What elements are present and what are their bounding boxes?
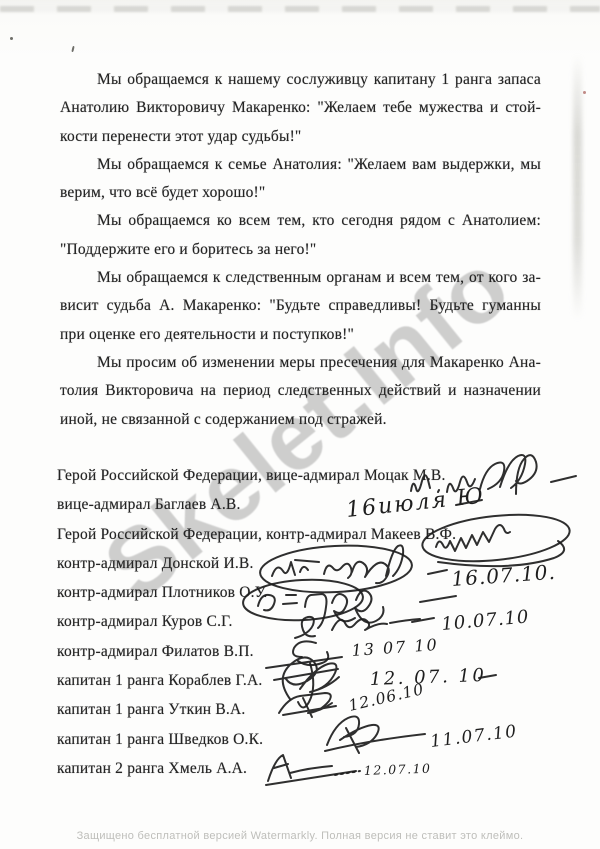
text-line: Мы просим об изменении меры пресечения д… bbox=[60, 349, 541, 377]
text-line: иной, не связанной с содержанием под стр… bbox=[60, 406, 541, 434]
signatory-kurov: контр-адмирал Куров С.Г. bbox=[57, 607, 517, 636]
paragraph-request: Мы просим об изменении меры пресечения д… bbox=[60, 349, 541, 434]
signatory-motsak: Герой Российской Федерации, вице-адмирал… bbox=[57, 461, 517, 490]
text-line: "Поддержите его и боритесь за него!" bbox=[60, 236, 541, 264]
signatory-filatov: контр-адмирал Филатов В.П. bbox=[57, 637, 517, 666]
scan-speck bbox=[583, 91, 586, 94]
text-line: Мы обращаемся к следственным органам и в… bbox=[60, 264, 541, 292]
paragraph-appeal-to-makarenko: Мы обращаемся к нашему сослуживцу капита… bbox=[60, 66, 541, 151]
signatory-list: Герой Российской Федерации, вице-адмирал… bbox=[57, 461, 517, 783]
text-line: толия Викторовича на период следственных… bbox=[60, 377, 541, 405]
text-line: Мы обращаемся к нашему сослуживцу капита… bbox=[60, 66, 541, 94]
paragraph-appeal-to-investigators: Мы обращаемся к следственным органам и в… bbox=[60, 264, 541, 349]
signatory-donskoy: контр-адмирал Донской И.В. bbox=[57, 549, 517, 578]
text-line: Мы обращаемся к семье Анатолия: "Желаем … bbox=[60, 151, 541, 179]
text-line: кости перенести этот удар судьбы!" bbox=[60, 123, 541, 151]
scan-edge-artifact bbox=[0, 6, 600, 12]
signatory-baglaev: вице-адмирал Баглаев А.В. bbox=[57, 490, 517, 519]
scan-speck bbox=[10, 37, 13, 40]
scanned-document-page: Skelet.Info Мы обращаемся к нашему сослу… bbox=[0, 0, 600, 849]
signatory-plotnikov: контр-адмирал Плотников О.У. bbox=[57, 578, 517, 607]
text-line: Анатолию Викторовичу Макаренко: "Желаем … bbox=[60, 94, 541, 122]
text-line: висит судьба А. Макаренко: "Будьте справ… bbox=[60, 292, 541, 320]
signatory-makeev: Герой Российской Федерации, контр-адмира… bbox=[57, 520, 517, 549]
text-line: верим, что всё будет хорошо!" bbox=[60, 179, 541, 207]
scan-speck bbox=[71, 46, 74, 52]
watermarkly-footer-text: Защищено бесплатной версией Watermarkly.… bbox=[0, 830, 600, 842]
signatory-shvedkov: капитан 1 ранга Шведков О.К. bbox=[57, 725, 517, 754]
signatory-utkin: капитан 1 ранга Уткин В.А. bbox=[57, 695, 517, 724]
text-line: при оценке его деятельности и поступков!… bbox=[60, 321, 541, 349]
paragraph-appeal-to-supporters: Мы обращаемся ко всем тем, кто сегодня р… bbox=[60, 207, 541, 264]
paragraph-appeal-to-family: Мы обращаемся к семье Анатолия: "Желаем … bbox=[60, 151, 541, 208]
signatory-korablev: капитан 1 ранга Кораблев Г.А. bbox=[57, 666, 517, 695]
text-line: Мы обращаемся ко всем тем, кто сегодня р… bbox=[60, 207, 541, 235]
right-edge-scan-shadow bbox=[573, 55, 582, 320]
signatory-khmel: капитан 2 ранга Хмель А.А. bbox=[57, 754, 517, 783]
letter-body: Мы обращаемся к нашему сослуживцу капита… bbox=[60, 66, 541, 434]
